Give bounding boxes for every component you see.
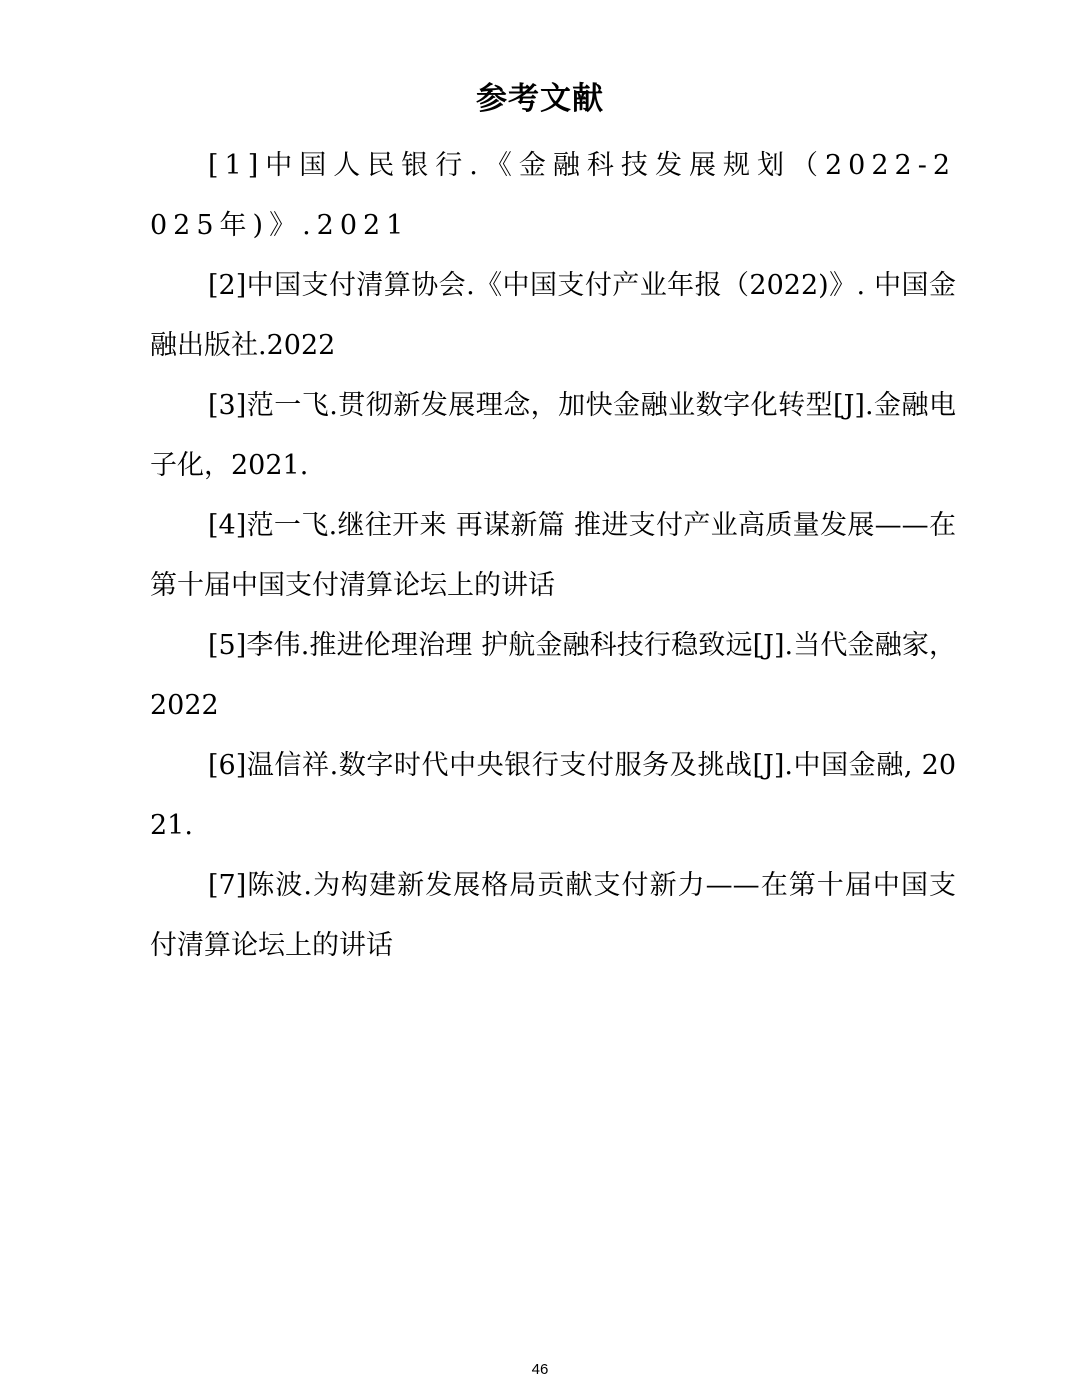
reference-item-1: [1]中国人民银行.《金融科技发展规划（2022-2025年)》.2021	[150, 136, 956, 256]
reference-list: [1]中国人民银行.《金融科技发展规划（2022-2025年)》.2021 [2…	[150, 136, 956, 976]
reference-item-4: [4]范一飞.继往开来 再谋新篇 推进支付产业高质量发展——在第十届中国支付清算…	[150, 496, 956, 616]
reference-item-3: [3]范一飞.贯彻新发展理念，加快金融业数字化转型[J].金融电子化，2021.	[150, 376, 956, 496]
reference-item-7: [7]陈波.为构建新发展格局贡献支付新力——在第十届中国支付清算论坛上的讲话	[150, 856, 956, 976]
reference-item-6: [6]温信祥.数字时代中央银行支付服务及挑战[J].中国金融, 2021.	[150, 736, 956, 856]
reference-item-2: [2]中国支付清算协会.《中国支付产业年报（2022)》. 中国金融出版社.20…	[150, 256, 956, 376]
reference-item-5: [5]李伟.推进伦理治理 护航金融科技行稳致远[J].当代金融家，2022	[150, 616, 956, 736]
page-number: 46	[0, 1360, 1080, 1380]
page-title: 参考文献	[0, 77, 1080, 121]
